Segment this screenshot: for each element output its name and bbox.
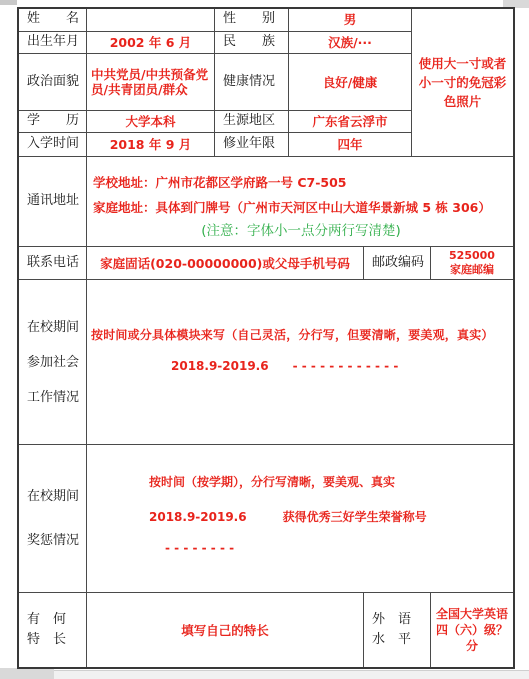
social-work-instruction: 按时间或分具体模块来写（自己灵活，分行写，但要清晰，要美观，真实） — [87, 280, 513, 343]
awards-honor-text: 获得优秀三好学生荣誉称号 — [283, 510, 427, 524]
awards-content: 按时间（按学期），分行写清晰，要美观、真实 2018.9-2019.6获得优秀三… — [87, 445, 513, 592]
foreign-language-label: 外 语 水 平 — [364, 593, 431, 667]
origin-region-value: 广东省云浮市 — [289, 111, 411, 132]
origin-region-label: 生源地区 — [215, 111, 289, 132]
row-political-health: 政治面貌 中共党员/中共预备党员/共青团员/群众 健康情况 良好/健康 — [19, 54, 411, 112]
gender-label: 性 别 — [215, 9, 289, 31]
document-page: 姓 名 性 别 男 出生年月 2002 年 6 月 民 族 汉族/··· 政治面… — [0, 0, 529, 679]
education-value: 大学本科 — [87, 111, 215, 132]
row-birth-ethnic: 出生年月 2002 年 6 月 民 族 汉族/··· — [19, 32, 411, 54]
awards-instruction: 按时间（按学期），分行写清晰，要美观、真实 — [87, 445, 513, 490]
specialty-label-text: 有 何 特 长 — [27, 610, 66, 650]
study-duration-value: 四年 — [289, 133, 411, 156]
basic-info-section: 姓 名 性 别 男 出生年月 2002 年 6 月 民 族 汉族/··· 政治面… — [19, 9, 513, 157]
specialty-label: 有 何 特 长 — [19, 593, 87, 667]
awards-example-line: 2018.9-2019.6获得优秀三好学生荣誉称号 — [87, 490, 513, 525]
phone-value: 家庭固话(020-00000000)或父母手机号码 — [87, 247, 364, 279]
awards-date-range: 2018.9-2019.6 — [149, 510, 247, 524]
row-education-region: 学 历 大学本科 生源地区 广东省云浮市 — [19, 111, 411, 133]
birth-date-value: 2002 年 6 月 — [87, 32, 215, 53]
birth-date-label: 出生年月 — [19, 32, 87, 53]
awards-label-text: 在校期间 奖惩情况 — [27, 475, 79, 563]
political-status-label: 政治面貌 — [19, 54, 87, 111]
page-margin-fragment-top-left — [0, 0, 17, 5]
education-label: 学 历 — [19, 111, 87, 132]
foreign-language-label-text: 外 语 水 平 — [372, 610, 411, 650]
phone-row: 联系电话 家庭固话(020-00000000)或父母手机号码 邮政编码 5250… — [19, 247, 513, 280]
enrollment-date-value: 2018 年 9 月 — [87, 133, 215, 156]
name-label: 姓 名 — [19, 9, 87, 31]
page-margin-fragment-bottom-left — [0, 668, 54, 679]
basic-info-grid: 姓 名 性 别 男 出生年月 2002 年 6 月 民 族 汉族/··· 政治面… — [19, 9, 412, 156]
postal-code-value: 525000 家庭邮编 — [431, 247, 513, 279]
phone-label: 联系电话 — [19, 247, 87, 279]
awards-label: 在校期间 奖惩情况 — [19, 445, 87, 592]
health-label: 健康情况 — [215, 54, 289, 111]
social-work-label: 在校期间 参加社会 工作情况 — [19, 280, 87, 444]
address-label: 通讯地址 — [19, 157, 87, 246]
awards-row: 在校期间 奖惩情况 按时间（按学期），分行写清晰，要美观、真实 2018.9-2… — [19, 445, 513, 593]
social-work-dashes: - - - - - - - - - - - - — [293, 359, 399, 373]
political-status-value: 中共党员/中共预备党员/共青团员/群众 — [87, 54, 215, 111]
ethnicity-value: 汉族/··· — [289, 32, 411, 53]
health-value: 良好/健康 — [289, 54, 411, 111]
social-work-row: 在校期间 参加社会 工作情况 按时间或分具体模块来写（自己灵活，分行写，但要清晰… — [19, 280, 513, 445]
specialty-row: 有 何 特 长 填写自己的特长 外 语 水 平 全国大学英语四（六）级？分 — [19, 593, 513, 667]
address-row: 通讯地址 学校地址：广州市花都区学府路一号 C7-505 家庭地址：具体到门牌号… — [19, 157, 513, 247]
social-work-example-line: 2018.9-2019.6- - - - - - - - - - - - — [87, 343, 513, 373]
ethnicity-label: 民 族 — [215, 32, 289, 53]
address-note: (注意：字体小一点分两行写清楚) — [93, 220, 509, 242]
postal-code-label: 邮政编码 — [364, 247, 431, 279]
page-margin-strip-bottom — [0, 670, 529, 679]
awards-dashes: - - - - - - - - — [87, 525, 513, 555]
foreign-language-value: 全国大学英语四（六）级？分 — [431, 593, 513, 667]
social-work-label-text: 在校期间 参加社会 工作情况 — [27, 310, 79, 415]
student-info-form-table: 姓 名 性 别 男 出生年月 2002 年 6 月 民 族 汉族/··· 政治面… — [17, 7, 515, 669]
name-value — [87, 9, 215, 31]
school-address-line: 学校地址：广州市花都区学府路一号 C7-505 — [93, 170, 509, 195]
row-name-gender: 姓 名 性 别 男 — [19, 9, 411, 32]
address-content: 学校地址：广州市花都区学府路一号 C7-505 家庭地址：具体到门牌号（广州市天… — [87, 157, 513, 246]
gender-value: 男 — [289, 9, 411, 31]
specialty-value: 填写自己的特长 — [87, 593, 364, 667]
home-address-line: 家庭地址：具体到门牌号（广州市天河区中山大道华景新城 5 栋 306） — [93, 195, 509, 220]
social-work-date-range: 2018.9-2019.6 — [171, 359, 269, 373]
study-duration-label: 修业年限 — [215, 133, 289, 156]
photo-placeholder-note: 使用大一寸或者小一寸的免冠彩色照片 — [412, 9, 513, 156]
row-enroll-duration: 入学时间 2018 年 9 月 修业年限 四年 — [19, 133, 411, 156]
social-work-content: 按时间或分具体模块来写（自己灵活，分行写，但要清晰，要美观，真实） 2018.9… — [87, 280, 513, 444]
enrollment-date-label: 入学时间 — [19, 133, 87, 156]
